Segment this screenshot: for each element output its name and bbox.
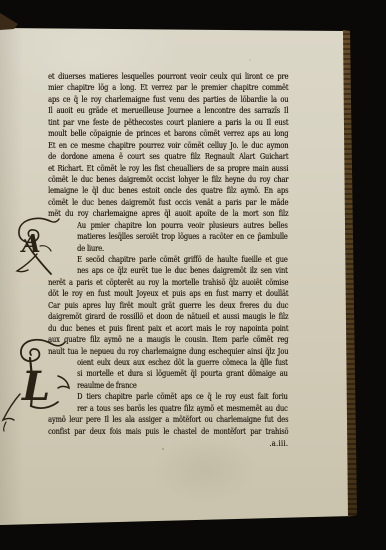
decorative-initial-second: L (0, 334, 78, 432)
text-line: si mortelle et dura si lõguemẽt q̃l pour… (77, 369, 288, 380)
text-line: cõmẽt le duc benes daigremõt fust occis … (48, 198, 288, 209)
text-line: nerẽt a paris et cõpterẽt au roy la mort… (48, 278, 288, 289)
text-line: lemaigne le q̃l duc benes estoit oncle d… (48, 186, 288, 197)
text-line: mier chapitre lõg a long. Et verrez par … (48, 83, 288, 94)
decorative-initial-first: A (10, 214, 62, 278)
text-line: Car puis apres luy firẽt moult grãt guer… (48, 301, 288, 312)
text-line: aps ce q̃ le roy charlemaigne fust venu … (48, 95, 288, 106)
text-line: tint par vne feste de pẽthecostes court … (48, 118, 288, 129)
text-line: et Richart. Et cõmẽt le roy les fist che… (48, 164, 288, 175)
text-line: E secõd chapitre parle cõmẽt griffõ de h… (77, 255, 288, 266)
text-line: cõmẽt le duc benes daigremõt occist lohy… (48, 175, 288, 186)
text-line: D tiers chapitre parle cõmẽt aps ce q̃ l… (77, 392, 288, 403)
text-line: matieres lesq̃lles seroiẽt trop lõgues a… (77, 232, 288, 243)
text-line: mẽt du roy charlemaigne apres q̃l auoit … (48, 209, 288, 220)
initial-letter: A (20, 229, 41, 258)
initial-letter: L (21, 363, 50, 410)
text-block: et diuerses matieres lesquelles pourront… (48, 72, 360, 450)
text-line: reaulme de france (77, 381, 288, 392)
text-line: confist par deux fois mais puis le chast… (48, 427, 288, 438)
text-line: aymõ leur pere Il les ala assiger a mõtẽ… (48, 415, 288, 426)
quire-signature: .a.iii. (48, 438, 288, 450)
text-line: nes aps ce q̃lz eurẽt tue le duc benes d… (77, 266, 288, 277)
text-line: dõt le roy en fust moult Joyeux et puis … (48, 289, 288, 300)
text-line: et diuerses matieres lesquelles pourront… (48, 72, 288, 83)
text-line: moult belle cõpaignie de princes et baro… (48, 129, 288, 140)
text-line: Au pmier chapitre lon pourra veoir plusi… (77, 221, 288, 232)
text-line: de dordone amena ẽ court ses quatre filz… (48, 152, 288, 163)
text-line: Il auoit eu grãde et merueilleuse Journe… (48, 106, 288, 117)
woodcut-flourish-icon: L (0, 334, 78, 432)
text-line: aux quatre filz aymõ ne a maugis le cous… (48, 335, 288, 346)
text-line: de liure. (77, 244, 288, 255)
text-line: daigremõt girard de rossillõ et doon de … (48, 312, 288, 323)
text-line: nault tua le nepueu du roy charlemaigne … (48, 347, 288, 358)
woodcut-flourish-icon: A (10, 214, 62, 278)
photograph-of-book-page: et diuerses matieres lesquelles pourront… (0, 0, 386, 550)
text-line: du duc benes et puis firent paix et acor… (48, 324, 288, 335)
text-line: Et en ce mesme chapitre pourrez voir cõm… (48, 141, 288, 152)
text-line: rer a tous ses barõs les quatre filz aym… (77, 404, 288, 415)
text-line: oient eulx deux aux eschez dõt la guerre… (77, 358, 288, 369)
